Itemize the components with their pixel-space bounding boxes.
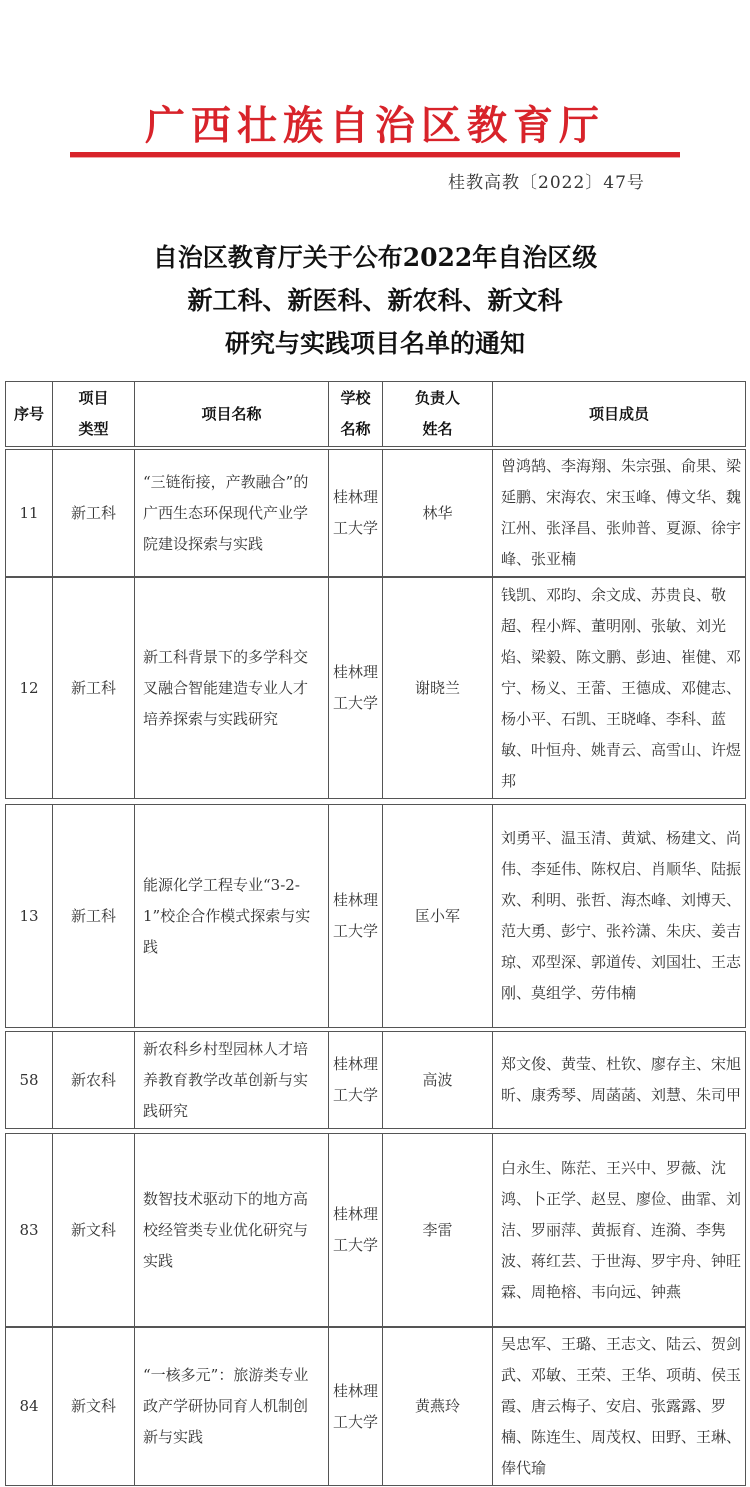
column-header-type: 项目类型 xyxy=(53,382,135,447)
table-row: 11 新工科 “三链衔接，产教融合”的广西生态环保现代产业学院建设探索与实践 桂… xyxy=(5,449,746,577)
row-project-name: 数智技术驱动下的地方高校经管类专业优化研究与实践 xyxy=(135,1134,329,1327)
column-header-leader: 负责人姓名 xyxy=(383,382,493,447)
row-leader: 黄燕玲 xyxy=(383,1328,493,1486)
row-school: 桂林理工大学 xyxy=(329,1328,383,1486)
red-rule-divider xyxy=(70,152,680,158)
table-row: 12 新工科 新工科背景下的多学科交叉融合智能建造专业人才培养探索与实践研究 桂… xyxy=(5,577,746,799)
document-number: 桂教高教〔2022〕47号 xyxy=(448,170,645,196)
row-school: 桂林理工大学 xyxy=(329,1032,383,1129)
row-members: 刘勇平、温玉清、黄斌、杨建文、尚伟、李延伟、陈权启、肖顺华、陆振欢、利明、张哲、… xyxy=(493,805,746,1028)
table-row: 84 新文科 “一核多元”：旅游类专业政产学研协同育人机制创新与实践 桂林理工大… xyxy=(5,1327,746,1486)
row-type: 新工科 xyxy=(53,805,135,1028)
row-school: 桂林理工大学 xyxy=(329,805,383,1028)
row-project-name: “一核多元”：旅游类专业政产学研协同育人机制创新与实践 xyxy=(135,1328,329,1486)
row-number: 58 xyxy=(6,1032,53,1129)
column-header-members: 项目成员 xyxy=(493,382,746,447)
row-members: 郑文俊、黄莹、杜钦、廖存主、宋旭昕、康秀琴、周菡菡、刘慧、朱司甲 xyxy=(493,1032,746,1129)
row-type: 新文科 xyxy=(53,1328,135,1486)
row-number: 83 xyxy=(6,1134,53,1327)
row-project-name: 新农科乡村型园林人才培养教育教学改革创新与实践研究 xyxy=(135,1032,329,1129)
row-type: 新文科 xyxy=(53,1134,135,1327)
row-members: 曾鸿鹄、李海翔、朱宗强、俞果、梁延鹏、宋海农、宋玉峰、傅文华、魏江州、张泽昌、张… xyxy=(493,450,746,577)
row-members: 钱凯、邓昀、余文成、苏贵良、敬超、程小辉、董明刚、张敏、刘光焰、梁毅、陈文鹏、彭… xyxy=(493,578,746,799)
masthead: 广西壮族自治区教育厅 xyxy=(0,98,750,154)
column-header-name: 项目名称 xyxy=(135,382,329,447)
row-number: 12 xyxy=(6,578,53,799)
row-number: 13 xyxy=(6,805,53,1028)
row-members: 吴忠军、王璐、王志文、陆云、贺剑武、邓敏、王荣、王华、项萌、侯玉霞、唐云梅子、安… xyxy=(493,1328,746,1486)
row-number: 84 xyxy=(6,1328,53,1486)
notice-title: 自治区教育厅关于公布2022年自治区级 新工科、新医科、新农科、新文科 研究与实… xyxy=(0,236,750,365)
row-type: 新工科 xyxy=(53,450,135,577)
title-line-2: 新工科、新医科、新农科、新文科 xyxy=(0,279,750,322)
row-project-name: 能源化学工程专业“3-2-1”校企合作模式探索与实践 xyxy=(135,805,329,1028)
column-header-school: 学校名称 xyxy=(329,382,383,447)
row-leader: 匡小军 xyxy=(383,805,493,1028)
row-leader: 谢晓兰 xyxy=(383,578,493,799)
row-members: 白永生、陈茫、王兴中、罗薇、沈鸿、卜正学、赵昱、廖俭、曲霏、刘洁、罗丽萍、黄振育… xyxy=(493,1134,746,1327)
row-type: 新农科 xyxy=(53,1032,135,1129)
row-project-name: 新工科背景下的多学科交叉融合智能建造专业人才培养探索与实践研究 xyxy=(135,578,329,799)
row-school: 桂林理工大学 xyxy=(329,1134,383,1327)
table-row: 58 新农科 新农科乡村型园林人才培养教育教学改革创新与实践研究 桂林理工大学 … xyxy=(5,1031,746,1129)
row-type: 新工科 xyxy=(53,578,135,799)
row-project-name: “三链衔接，产教融合”的广西生态环保现代产业学院建设探索与实践 xyxy=(135,450,329,577)
row-leader: 林华 xyxy=(383,450,493,577)
row-leader: 高波 xyxy=(383,1032,493,1129)
table-row: 13 新工科 能源化学工程专业“3-2-1”校企合作模式探索与实践 桂林理工大学… xyxy=(5,804,746,1028)
table-row: 83 新文科 数智技术驱动下的地方高校经管类专业优化研究与实践 桂林理工大学 李… xyxy=(5,1133,746,1327)
column-header-number: 序号 xyxy=(6,382,53,447)
title-line-3: 研究与实践项目名单的通知 xyxy=(0,322,750,365)
row-school: 桂林理工大学 xyxy=(329,578,383,799)
row-number: 11 xyxy=(6,450,53,577)
table-header: 序号 项目类型 项目名称 学校名称 负责人姓名 项目成员 xyxy=(5,381,746,447)
row-leader: 李雷 xyxy=(383,1134,493,1327)
title-line-1: 自治区教育厅关于公布2022年自治区级 xyxy=(0,236,750,279)
row-school: 桂林理工大学 xyxy=(329,450,383,577)
